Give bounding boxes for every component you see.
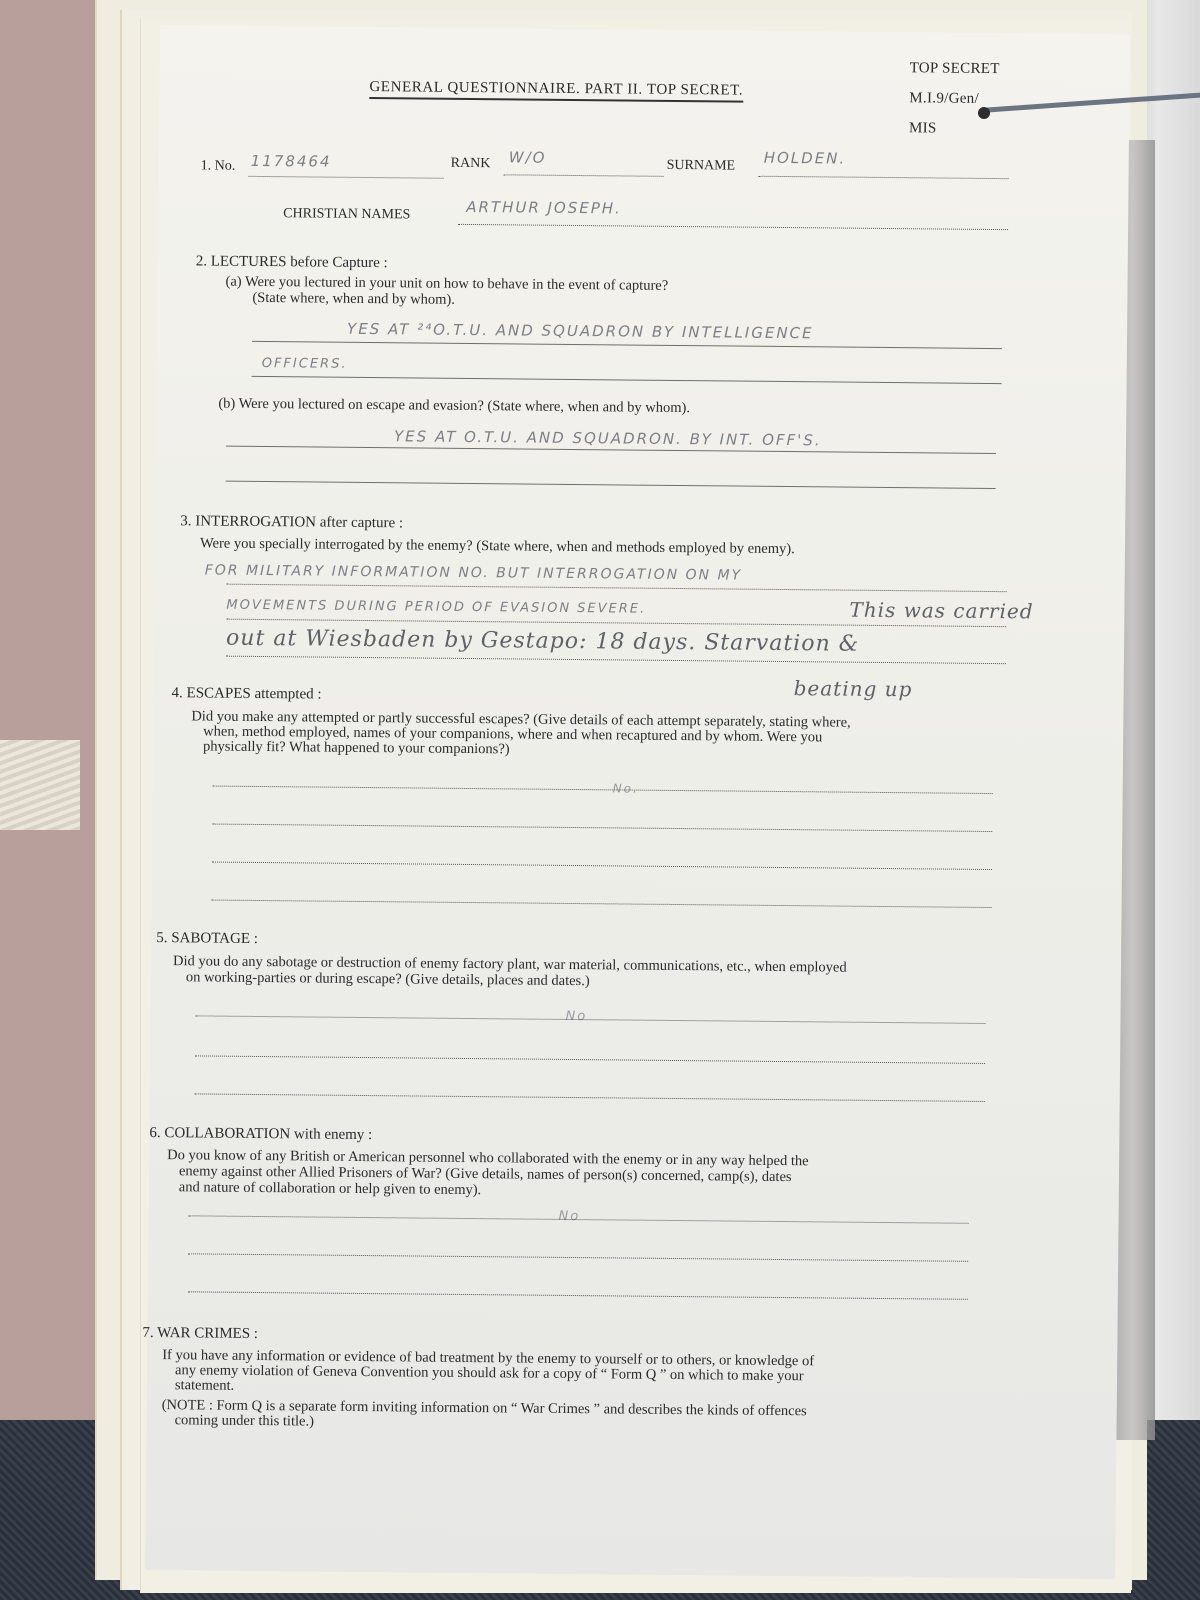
no-label: 1. No. [201,158,236,174]
escapes-heading: 4. ESCAPES attempted : [172,685,322,703]
lectures-question-a-sub: (State where, when and by whom). [252,290,455,308]
interrogation-answer-line2[interactable]: MOVEMENTS DURING PERIOD OF EVASION SEVER… [226,598,646,617]
war-crimes-heading: 7. WAR CRIMES : [142,1325,258,1343]
lectures-answer-a-line1[interactable]: YES AT ²⁴O.T.U. AND SQUADRON BY INTELLIG… [347,320,814,342]
form-title: GENERAL QUESTIONNAIRE. PART II. TOP SECR… [369,79,743,103]
collaboration-question-line3: and nature of collaboration or help give… [179,1179,482,1198]
surname-field[interactable]: HOLDEN. [764,149,847,168]
lectures-heading: 2. LECTURES before Capture : [196,253,388,272]
lectures-answer-a-line2[interactable]: OFFICERS. [262,356,348,372]
stamp-reference: M.I.9/Gen/ [909,90,979,108]
punch-hole [978,107,990,119]
binding-tape [0,740,80,830]
lectures-answer-b[interactable]: YES AT O.T.U. AND SQUADRON. BY INT. OFF'… [394,427,822,449]
christian-names-label: CHRISTIAN NAMES [283,206,410,223]
service-number-field[interactable]: 1178464 [251,152,332,171]
rank-field[interactable]: W/O [509,148,547,166]
interrogation-heading: 3. INTERROGATION after capture : [180,513,403,532]
stamp-top-secret: TOP SECRET [910,60,1000,78]
war-crimes-text-line3: statement. [175,1377,234,1394]
rank-label: RANK [451,156,491,172]
collaboration-heading: 6. COLLABORATION with enemy : [149,1125,372,1144]
interrogation-answer-line1[interactable]: FOR MILITARY INFORMATION NO. BUT INTERRO… [205,562,743,583]
christian-names-field[interactable]: ARTHUR JOSEPH. [466,198,622,217]
questionnaire-page: GENERAL QUESTIONNAIRE. PART II. TOP SECR… [145,25,1130,1579]
sabotage-heading: 5. SABOTAGE : [156,930,258,948]
sabotage-answer[interactable]: No [565,1009,587,1024]
interrogation-answer-line2-cursive[interactable]: This was carried [849,598,1033,624]
lectures-question-b: (b) Were you lectured on escape and evas… [218,396,690,417]
sabotage-question-line2: on working-parties or during escape? (Gi… [186,969,590,989]
interrogation-answer-line4[interactable]: beating up [794,676,913,701]
interrogation-answer-line3[interactable]: out at Wiesbaden by Gestapo: 18 days. St… [226,626,859,657]
war-crimes-note-line2: coming under this title.) [175,1412,314,1429]
interrogation-question: Were you specially interrogated by the e… [200,535,795,557]
collaboration-answer[interactable]: No [559,1209,581,1224]
surname-label: SURNAME [667,158,736,175]
stamp-mis: MIS [909,120,937,137]
escapes-question-line3: physically fit? What happened to your co… [203,738,510,757]
